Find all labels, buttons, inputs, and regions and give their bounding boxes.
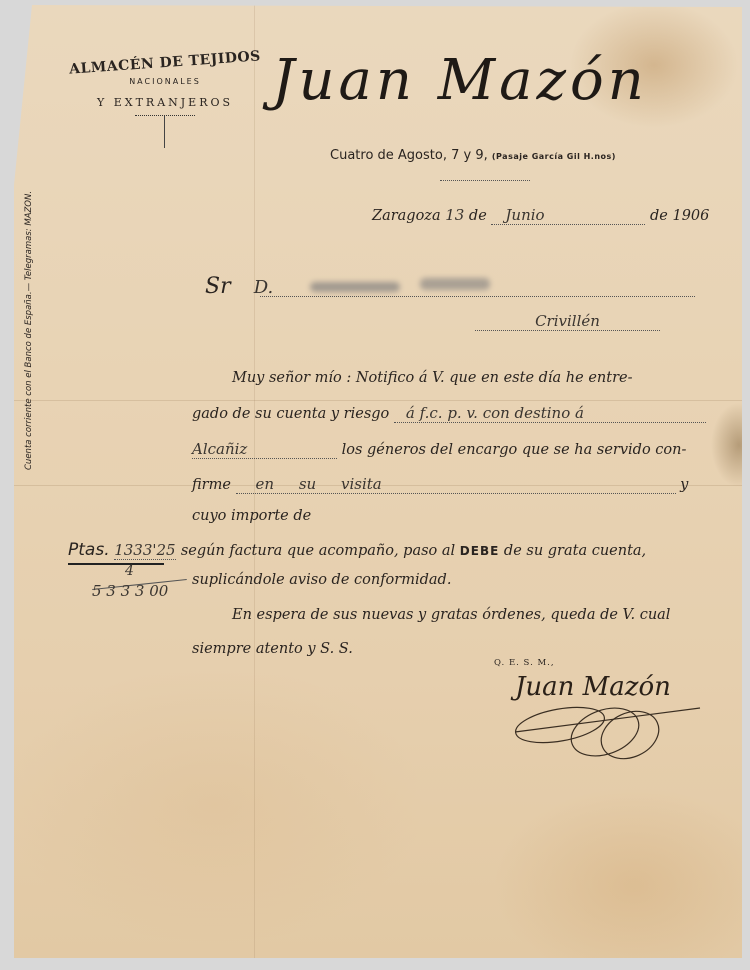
body-printed: firme bbox=[192, 477, 231, 493]
fold-crease bbox=[14, 400, 742, 401]
date-de: de bbox=[650, 208, 668, 224]
body-line-1: Muy señor mío : Notifico á V. que en est… bbox=[232, 370, 633, 386]
company-name: Juan Mazón bbox=[272, 48, 648, 113]
body-printed: de su grata cuenta, bbox=[504, 543, 646, 559]
ptas-label: Ptas. bbox=[68, 540, 110, 560]
body-line-2: gado de su cuenta y riesgo á f.c. p. v. … bbox=[192, 404, 706, 423]
business-line-1: ALMACÉN DE TEJIDOS bbox=[69, 48, 262, 77]
redacted-name bbox=[310, 282, 400, 292]
debe-label: DEBE bbox=[460, 544, 500, 558]
side-bank-note: Cuenta corriente con el Banco de España.… bbox=[24, 191, 34, 470]
business-description: ALMACÉN DE TEJIDOS NACIONALES Y EXTRANJE… bbox=[60, 52, 270, 117]
body-line-5: cuyo importe de bbox=[192, 508, 311, 524]
date-line: Zaragoza 13 de Junio de 1906 bbox=[372, 206, 709, 225]
body-handwritten: en su visita bbox=[236, 475, 676, 494]
body-line-3: Alcañiz los géneros del encargo que se h… bbox=[192, 440, 686, 459]
signature-flourish-icon bbox=[505, 690, 705, 765]
recipient-name-field bbox=[260, 296, 695, 297]
body-line-6: Ptas. 1333'25 según factura que acompaño… bbox=[68, 540, 646, 560]
destination-handwritten: Alcañiz bbox=[192, 440, 337, 459]
amount-underline bbox=[68, 563, 164, 565]
calc-bottom: 5 3 3 3 00 bbox=[92, 582, 168, 600]
calc-top: 4 bbox=[125, 563, 134, 579]
ornament-divider bbox=[135, 115, 195, 117]
address-street: Cuatro de Agosto, 7 y 9, bbox=[330, 148, 488, 163]
date-month: Junio bbox=[491, 206, 645, 225]
recipient-town: Crivillén bbox=[475, 312, 660, 331]
body-printed: y bbox=[680, 477, 688, 493]
address-note: (Pasaje García Gil H.nos) bbox=[492, 152, 616, 161]
business-line-2: NACIONALES bbox=[60, 77, 270, 86]
business-line-3: Y EXTRANJEROS bbox=[60, 96, 270, 109]
date-day: 13 bbox=[445, 206, 464, 224]
recipient-line: Sr D. bbox=[205, 274, 695, 299]
body-line-8: En espera de sus nuevas y gratas órdenes… bbox=[232, 607, 670, 623]
body-line-9: siempre atento y S. S. bbox=[192, 641, 353, 657]
body-printed: los géneros del encargo que se ha servid… bbox=[342, 442, 687, 458]
closing-abbrev: Q. E. S. M., bbox=[494, 658, 555, 668]
body-printed: gado de su cuenta y riesgo bbox=[192, 406, 389, 422]
date-city: Zaragoza bbox=[372, 208, 441, 224]
date-de: de bbox=[469, 208, 487, 224]
amount-handwritten: 1333'25 bbox=[114, 541, 176, 560]
body-line-4: firme en su visita y bbox=[192, 475, 688, 494]
redacted-name bbox=[420, 278, 490, 290]
body-printed: según factura que acompaño, paso al bbox=[181, 543, 455, 559]
body-line-7: suplicándole aviso de conformidad. bbox=[192, 572, 451, 588]
recipient-title: D. bbox=[254, 277, 274, 298]
salutation-prefix: Sr bbox=[205, 274, 231, 299]
ornament-divider bbox=[440, 180, 530, 181]
company-address: Cuatro de Agosto, 7 y 9, (Pasaje García … bbox=[330, 148, 616, 163]
body-handwritten: á f.c. p. v. con destino á bbox=[394, 404, 706, 423]
date-year: 1906 bbox=[672, 208, 709, 224]
